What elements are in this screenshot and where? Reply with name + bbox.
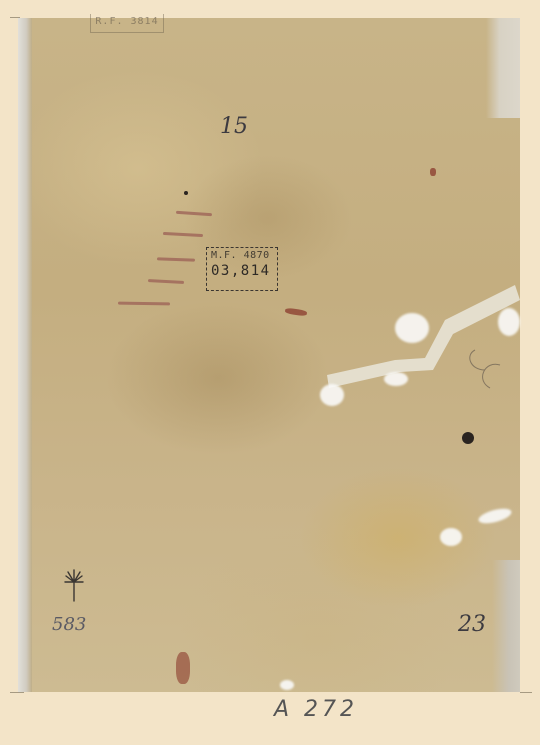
corner-mark <box>520 692 532 693</box>
inscription-number-top: 15 <box>220 114 248 139</box>
palm-tree-mark-icon <box>62 568 86 604</box>
collection-stamp: M.F. 4870 03,814 <box>206 247 278 291</box>
inscription-number-bottom-right: 23 <box>458 612 486 637</box>
ink-dot <box>184 191 188 195</box>
paper-right-edge-top <box>486 18 520 118</box>
corner-mark <box>10 692 24 693</box>
stamp-line-2: 03,814 <box>211 263 277 279</box>
paper-loss-spot <box>395 313 429 343</box>
red-stain <box>430 168 436 176</box>
paper-left-edge-strip <box>18 18 32 692</box>
inscription-number-bottom-left: 583 <box>52 614 86 635</box>
paper-loss-spot <box>320 384 344 406</box>
paper-right-edge-bottom <box>492 560 520 692</box>
paper-loss-spot <box>440 528 462 546</box>
mount-caption: A 272 <box>274 697 358 722</box>
ink-blot <box>462 432 474 444</box>
corner-mark <box>10 17 20 18</box>
paper-loss-spot <box>280 680 294 690</box>
stamp-line-1: M.F. 4870 <box>211 250 277 261</box>
paper-loss-spot <box>498 308 520 336</box>
paper-loss-spot <box>384 372 408 386</box>
inventory-label-top: R.F. 3814 <box>90 14 164 33</box>
red-stain <box>176 652 190 684</box>
